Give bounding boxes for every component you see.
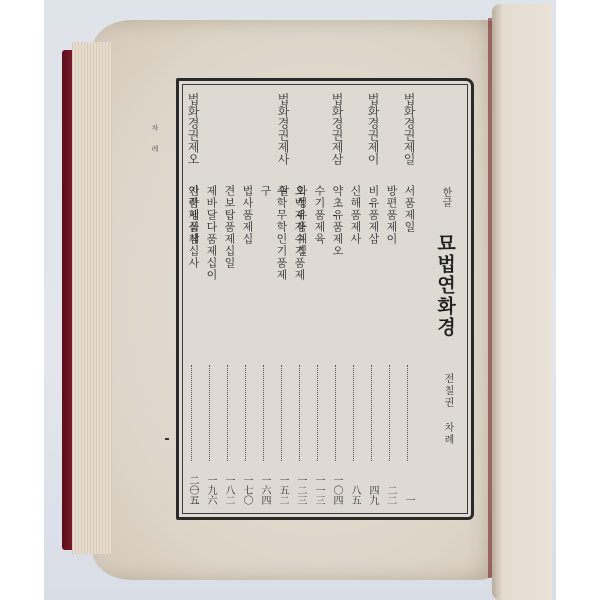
toc-entry-title: 신해품제사 (347, 185, 363, 283)
running-header: 차례 (150, 124, 160, 166)
volume-heading: 법화경권제사 (275, 93, 292, 165)
toc-entry[interactable]: 견보탑품제십일 一八二 (221, 185, 235, 505)
leader-dots (317, 365, 318, 461)
toc-entry-page: 一九六 (203, 475, 218, 505)
toc-entry[interactable]: 서품제일 一 (401, 185, 415, 505)
leader-dots (407, 365, 408, 461)
volume-heading: 법화경권제오 (185, 93, 202, 165)
volume-heading: 법화경권제삼 (329, 93, 346, 165)
toc-entry-page: 一一三 (311, 475, 326, 505)
toc-entry-page: 一五二 (275, 475, 290, 505)
leader-dots (263, 365, 264, 461)
volume-heading: 법화경권제일 (401, 93, 418, 165)
toc-entry-page: 一〇四 (329, 475, 344, 505)
toc-entry[interactable]: 법사품제십 一七〇 (239, 185, 253, 505)
toc-entry[interactable]: 수학무학인기품제구 一六四 (257, 185, 271, 505)
toc-entry[interactable]: 약초유품제오 一〇四 (329, 185, 343, 505)
toc-entry[interactable]: 비유품제삼 四九 (365, 185, 379, 505)
page-stack-edge (72, 42, 112, 554)
volume-heading: 법화경권제이 (365, 93, 382, 165)
toc-entry[interactable]: 안락행품제십사 二一二 (185, 185, 199, 505)
leader-dots (371, 365, 372, 461)
toc-entry[interactable]: 제바달다품제십이 一九六 (203, 185, 217, 505)
toc-entry-page: 二一二 (185, 475, 200, 505)
toc-entry-title: 방편품제이 (383, 185, 399, 283)
toc-entry-page: 一七〇 (239, 475, 254, 505)
toc-entry-title: 수학무학인기품제구 (257, 185, 289, 283)
title-prefix: 한글 (438, 187, 453, 207)
leader-dots (227, 365, 228, 461)
toc-entry-title: 비유품제삼 (365, 185, 381, 283)
leader-dots (335, 365, 336, 461)
toc-entry-page: 一二三 (293, 475, 308, 505)
toc-entry-title: 안락행품제십사 (185, 185, 201, 283)
toc-entry-page: 二二 (383, 485, 398, 505)
toc-frame: 한글 묘법연화경 전칠권 차례 법화경권제일 법화경권제이 법화경권제삼 법화경… (176, 78, 474, 520)
right-page-edge (492, 4, 552, 600)
leader-dots (191, 365, 192, 461)
leader-dots (299, 365, 300, 461)
toc-entry[interactable]: 방편품제이 二二 (383, 185, 397, 505)
leader-dots (245, 365, 246, 461)
toc-entry-title: 법사품제십 (239, 185, 255, 283)
toc-entry-title: 수기품제육 (311, 185, 327, 283)
leader-dots (353, 365, 354, 461)
toc-entry[interactable]: 신해품제사 八五 (347, 185, 361, 505)
leader-dots (389, 365, 390, 461)
toc-entry-page: 一六四 (257, 475, 272, 505)
toc-entry-page: 四九 (365, 485, 380, 505)
toc-entry-page: 八五 (347, 485, 362, 505)
toc-entry-page: 一八二 (221, 475, 236, 505)
leader-dots (281, 365, 282, 461)
toc-entry[interactable]: 수기품제육 一一三 (311, 185, 325, 505)
leader-dots (209, 365, 210, 461)
toc-entry-title: 제바달다품제십이 (203, 185, 219, 283)
toc-entry-page: 一 (401, 495, 416, 505)
toc-entry-title: 견보탑품제십일 (221, 185, 237, 283)
toc-entry-title: 서품제일 (401, 185, 417, 283)
book-subtitle: 전칠권 차례 (440, 373, 455, 446)
toc-entry-title: 약초유품제오 (329, 185, 345, 283)
book-title: 묘법연화경 (432, 233, 459, 338)
